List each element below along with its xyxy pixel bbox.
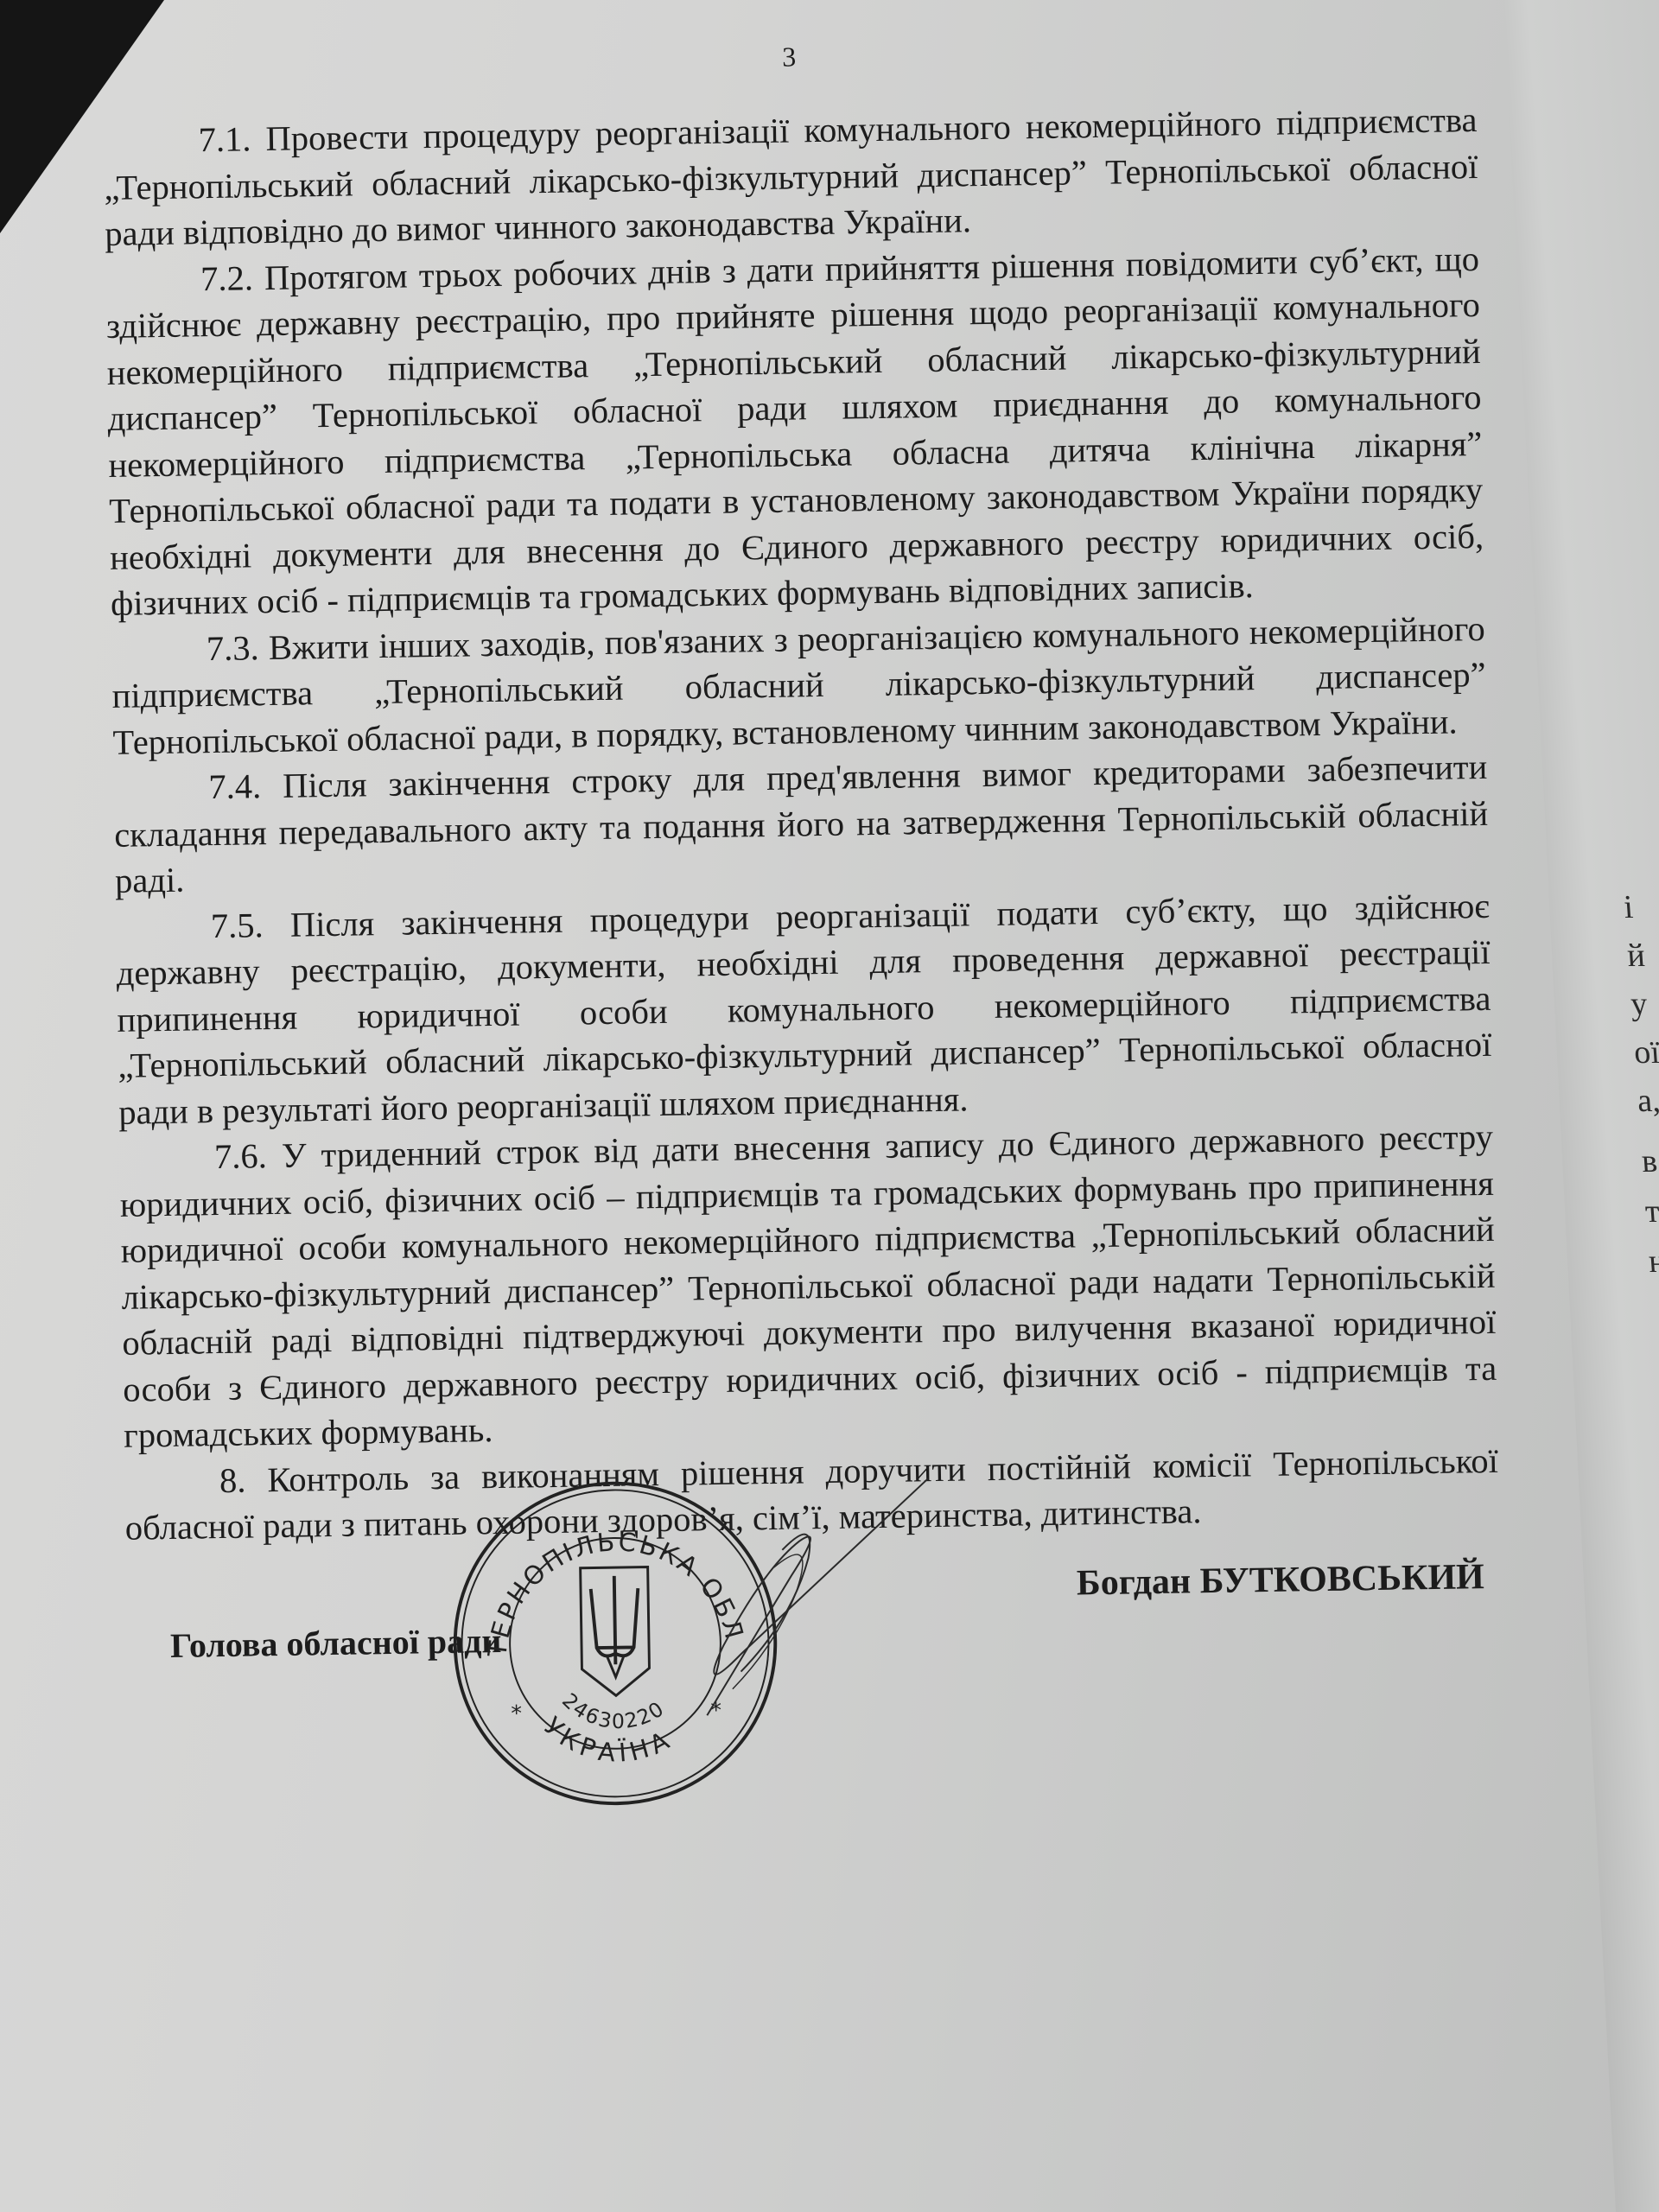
background-text-fragment: й <box>1626 937 1646 975</box>
document-page: 3 7.1. Провести процедуру реорганізації … <box>0 0 1616 2212</box>
background-text-fragment: ті <box>1643 1192 1659 1230</box>
paragraph-7-1: 7.1. Провести процедуру реорганізації ко… <box>103 97 1478 257</box>
paragraph-7-3: 7.3. Вжити інших заходів, пов'язаних з р… <box>111 605 1486 765</box>
background-text-fragment: ої <box>1633 1033 1659 1071</box>
tryzub-icon <box>581 1567 650 1695</box>
background-text-fragment: а, <box>1637 1082 1659 1120</box>
background-text-fragment: і <box>1623 888 1635 926</box>
paragraph-7-5: 7.5. Після закінчення процедури реоргані… <box>115 882 1492 1135</box>
paragraph-7-2: 7.2. Протягом трьох робочих днів з дати … <box>105 235 1485 626</box>
document-content: 3 7.1. Провести процедуру реорганізації … <box>102 30 1505 1948</box>
signatory-name: Богдан БУТКОВСЬКИЙ <box>1077 1556 1485 1604</box>
paragraph-7-6: 7.6. У триденний строк від дати внесення… <box>119 1114 1498 1459</box>
stamp-star-left: * <box>511 1700 522 1726</box>
background-text-fragment: в <box>1640 1142 1658 1180</box>
background-text-fragment: у <box>1630 985 1649 1023</box>
signature-block: Голова обласної ради Богдан БУТКОВСЬКИЙ … <box>126 1564 1505 1948</box>
page-number: 3 <box>102 30 1476 84</box>
background-text-fragment: ни <box>1648 1243 1659 1281</box>
signature-icon <box>643 1470 941 1733</box>
paragraph-7-4: 7.4. Після закінчення строку для пред'яв… <box>113 744 1489 904</box>
